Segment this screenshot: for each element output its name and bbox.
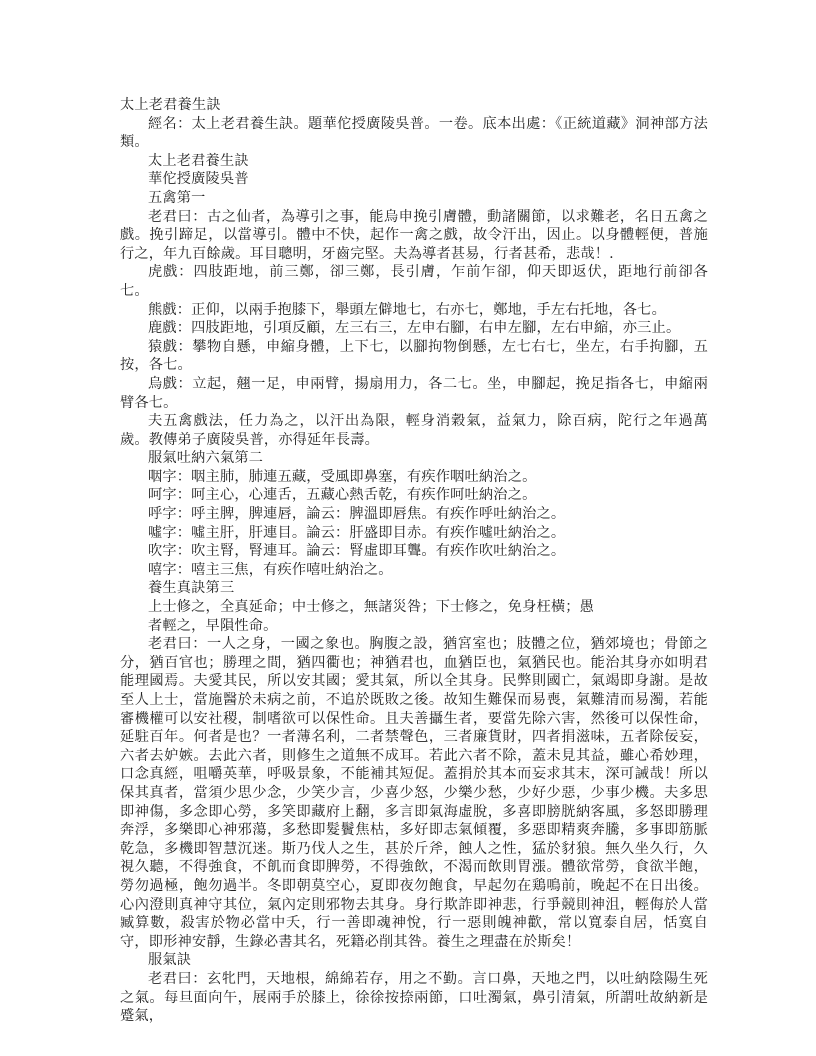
- paragraph: 噓字：噓主肝，肝連目。論云：肝盛即目赤。有疾作噓吐納治之。: [120, 524, 708, 543]
- paragraph: 虎戲：四肢距地，前三鄭，卻三鄭，長引膚，乍前乍卻，仰天即返伏，距地行前卻各七。: [120, 263, 708, 300]
- document-metadata: 經名：太上老君養生訣。題華佗授廣陵吳普。一卷。底本出處：《正統道藏》洞神部方法類…: [120, 115, 708, 152]
- paragraph: 呵字：呵主心，心連舌，五藏心熱舌乾，有疾作呵吐納治之。: [120, 486, 708, 505]
- paragraph: 呼字：呼主脾，脾連唇，論云：脾溫即唇焦。有疾作呼吐納治之。: [120, 505, 708, 524]
- paragraph: 猿戲：攀物自懸，申縮身體，上下七，以腳拘物倒懸，左七右七，坐左，右手拘腳，五按，…: [120, 338, 708, 375]
- paragraph: 老君曰：古之仙者，為導引之事，能烏申挽引膚體，動諸關節，以求難老，名日五禽之戲。…: [120, 208, 708, 264]
- paragraph: 咽字：咽主肺，肺連五藏，受風即鼻塞，有疾作咽吐納治之。: [120, 468, 708, 487]
- document-title: 太上老君養生訣: [120, 96, 708, 115]
- paragraph: 老君曰：一人之身，一國之象也。胸腹之設，猶宮室也；肢體之位，猶郊境也；骨節之分，…: [120, 635, 708, 951]
- section-heading: 服氣訣: [120, 951, 708, 970]
- section-heading: 服氣吐納六氣第二: [120, 449, 708, 468]
- author-line: 華佗授廣陵吳普: [120, 170, 708, 189]
- paragraph: 熊戲：正仰，以兩手抱膝下，舉頭左僻地七，右亦七，鄭地，手左右托地，各七。: [120, 301, 708, 320]
- paragraph: 鹿戲：四肢距地，引項反顧，左三右三，左申右腳，右申左腳，左右申縮，亦三止。: [120, 319, 708, 338]
- paragraph: 者輕之，早隕性命。: [120, 617, 708, 636]
- document-subtitle: 太上老君養生訣: [120, 152, 708, 171]
- paragraph: 夫五禽戲法，任力為之，以汗出為限，輕身消穀氣，益氣力，除百病，陀行之年過萬歲。教…: [120, 412, 708, 449]
- paragraph: 上士修之，全真延命；中士修之，無諸災咎；下士修之，免身枉橫；愚: [120, 598, 708, 617]
- paragraph: 嘻字：嘻主三焦，有疾作嘻吐納治之。: [120, 561, 708, 580]
- section-heading: 養生真訣第三: [120, 579, 708, 598]
- paragraph: 老君曰：玄牝門，天地根，綿綿若存，用之不勤。言口鼻，天地之門，以吐納陰陽生死之氣…: [120, 970, 708, 1026]
- paragraph: 烏戲：立起，翹一足，申兩臂，揚扇用力，各二七。坐，申腳起，挽足指各七，申縮兩臂各…: [120, 375, 708, 412]
- section-heading: 五禽第一: [120, 189, 708, 208]
- paragraph: 吹字：吹主腎，腎連耳。論云：腎虛即耳聾。有疾作吹吐納治之。: [120, 542, 708, 561]
- document-page: 太上老君養生訣 經名：太上老君養生訣。題華佗授廣陵吳普。一卷。底本出處：《正統道…: [120, 96, 708, 1026]
